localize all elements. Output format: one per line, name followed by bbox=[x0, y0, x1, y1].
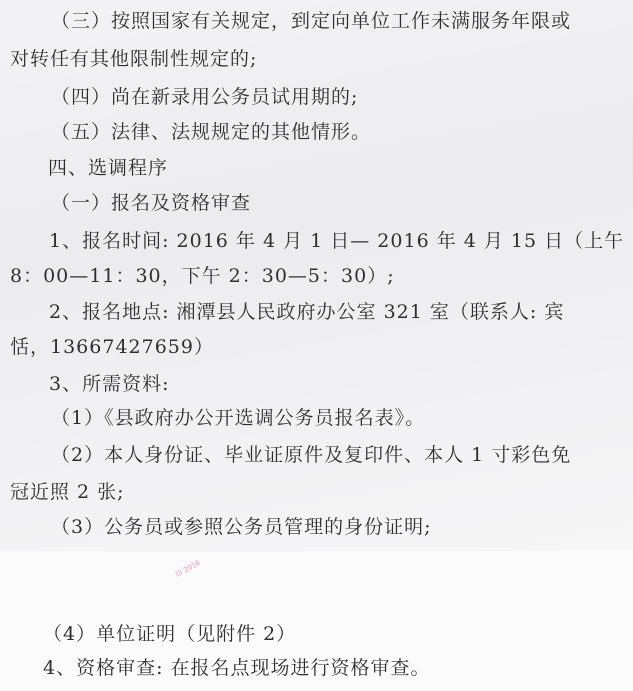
section-heading-selection-procedure: 四、选调程序 bbox=[48, 156, 168, 180]
material-2-line-1: （2）本人身份证、毕业证原件及复印件、本人 1 寸彩色免 bbox=[51, 443, 571, 467]
clause-3-line-2: 对转任有其他限制性规定的; bbox=[10, 47, 257, 71]
clause-3-line-1: （三）按照国家有关规定，到定向单位工作未满服务年限或 bbox=[51, 9, 571, 33]
material-3: （3）公务员或参照公务员管理的身份证明; bbox=[51, 515, 432, 539]
qualification-review: 4、资格审查: 在报名点现场进行资格审查。 bbox=[43, 656, 431, 680]
material-1: （1）《县政府办公开选调公务员报名表》。 bbox=[51, 406, 425, 430]
registration-time-line-1: 1、报名时间: 2016 年 4 月 1 日— 2016 年 4 月 15 日（… bbox=[49, 229, 624, 253]
material-4: （4）单位证明（见附件 2） bbox=[43, 622, 296, 646]
registration-location-line-2: 恬，13667427659） bbox=[10, 335, 214, 359]
subsection-registration: （一）报名及资格审查 bbox=[51, 191, 251, 215]
required-materials-heading: 3、所需资料: bbox=[49, 372, 170, 396]
registration-location-line-1: 2、报名地点: 湘潭县人民政府办公室 321 室（联系人: 宾 bbox=[49, 300, 564, 324]
clause-4: （四）尚在新录用公务员试用期的; bbox=[51, 85, 358, 109]
clause-5: （五）法律、法规规定的其他情形。 bbox=[51, 120, 371, 144]
material-2-line-2: 冠近照 2 张; bbox=[10, 480, 125, 504]
scanned-page-upper: （三）按照国家有关规定，到定向单位工作未满服务年限或 对转任有其他限制性规定的;… bbox=[0, 0, 633, 551]
registration-time-line-2: 8：00—11：30，下午 2：30—5：30）; bbox=[10, 264, 395, 288]
